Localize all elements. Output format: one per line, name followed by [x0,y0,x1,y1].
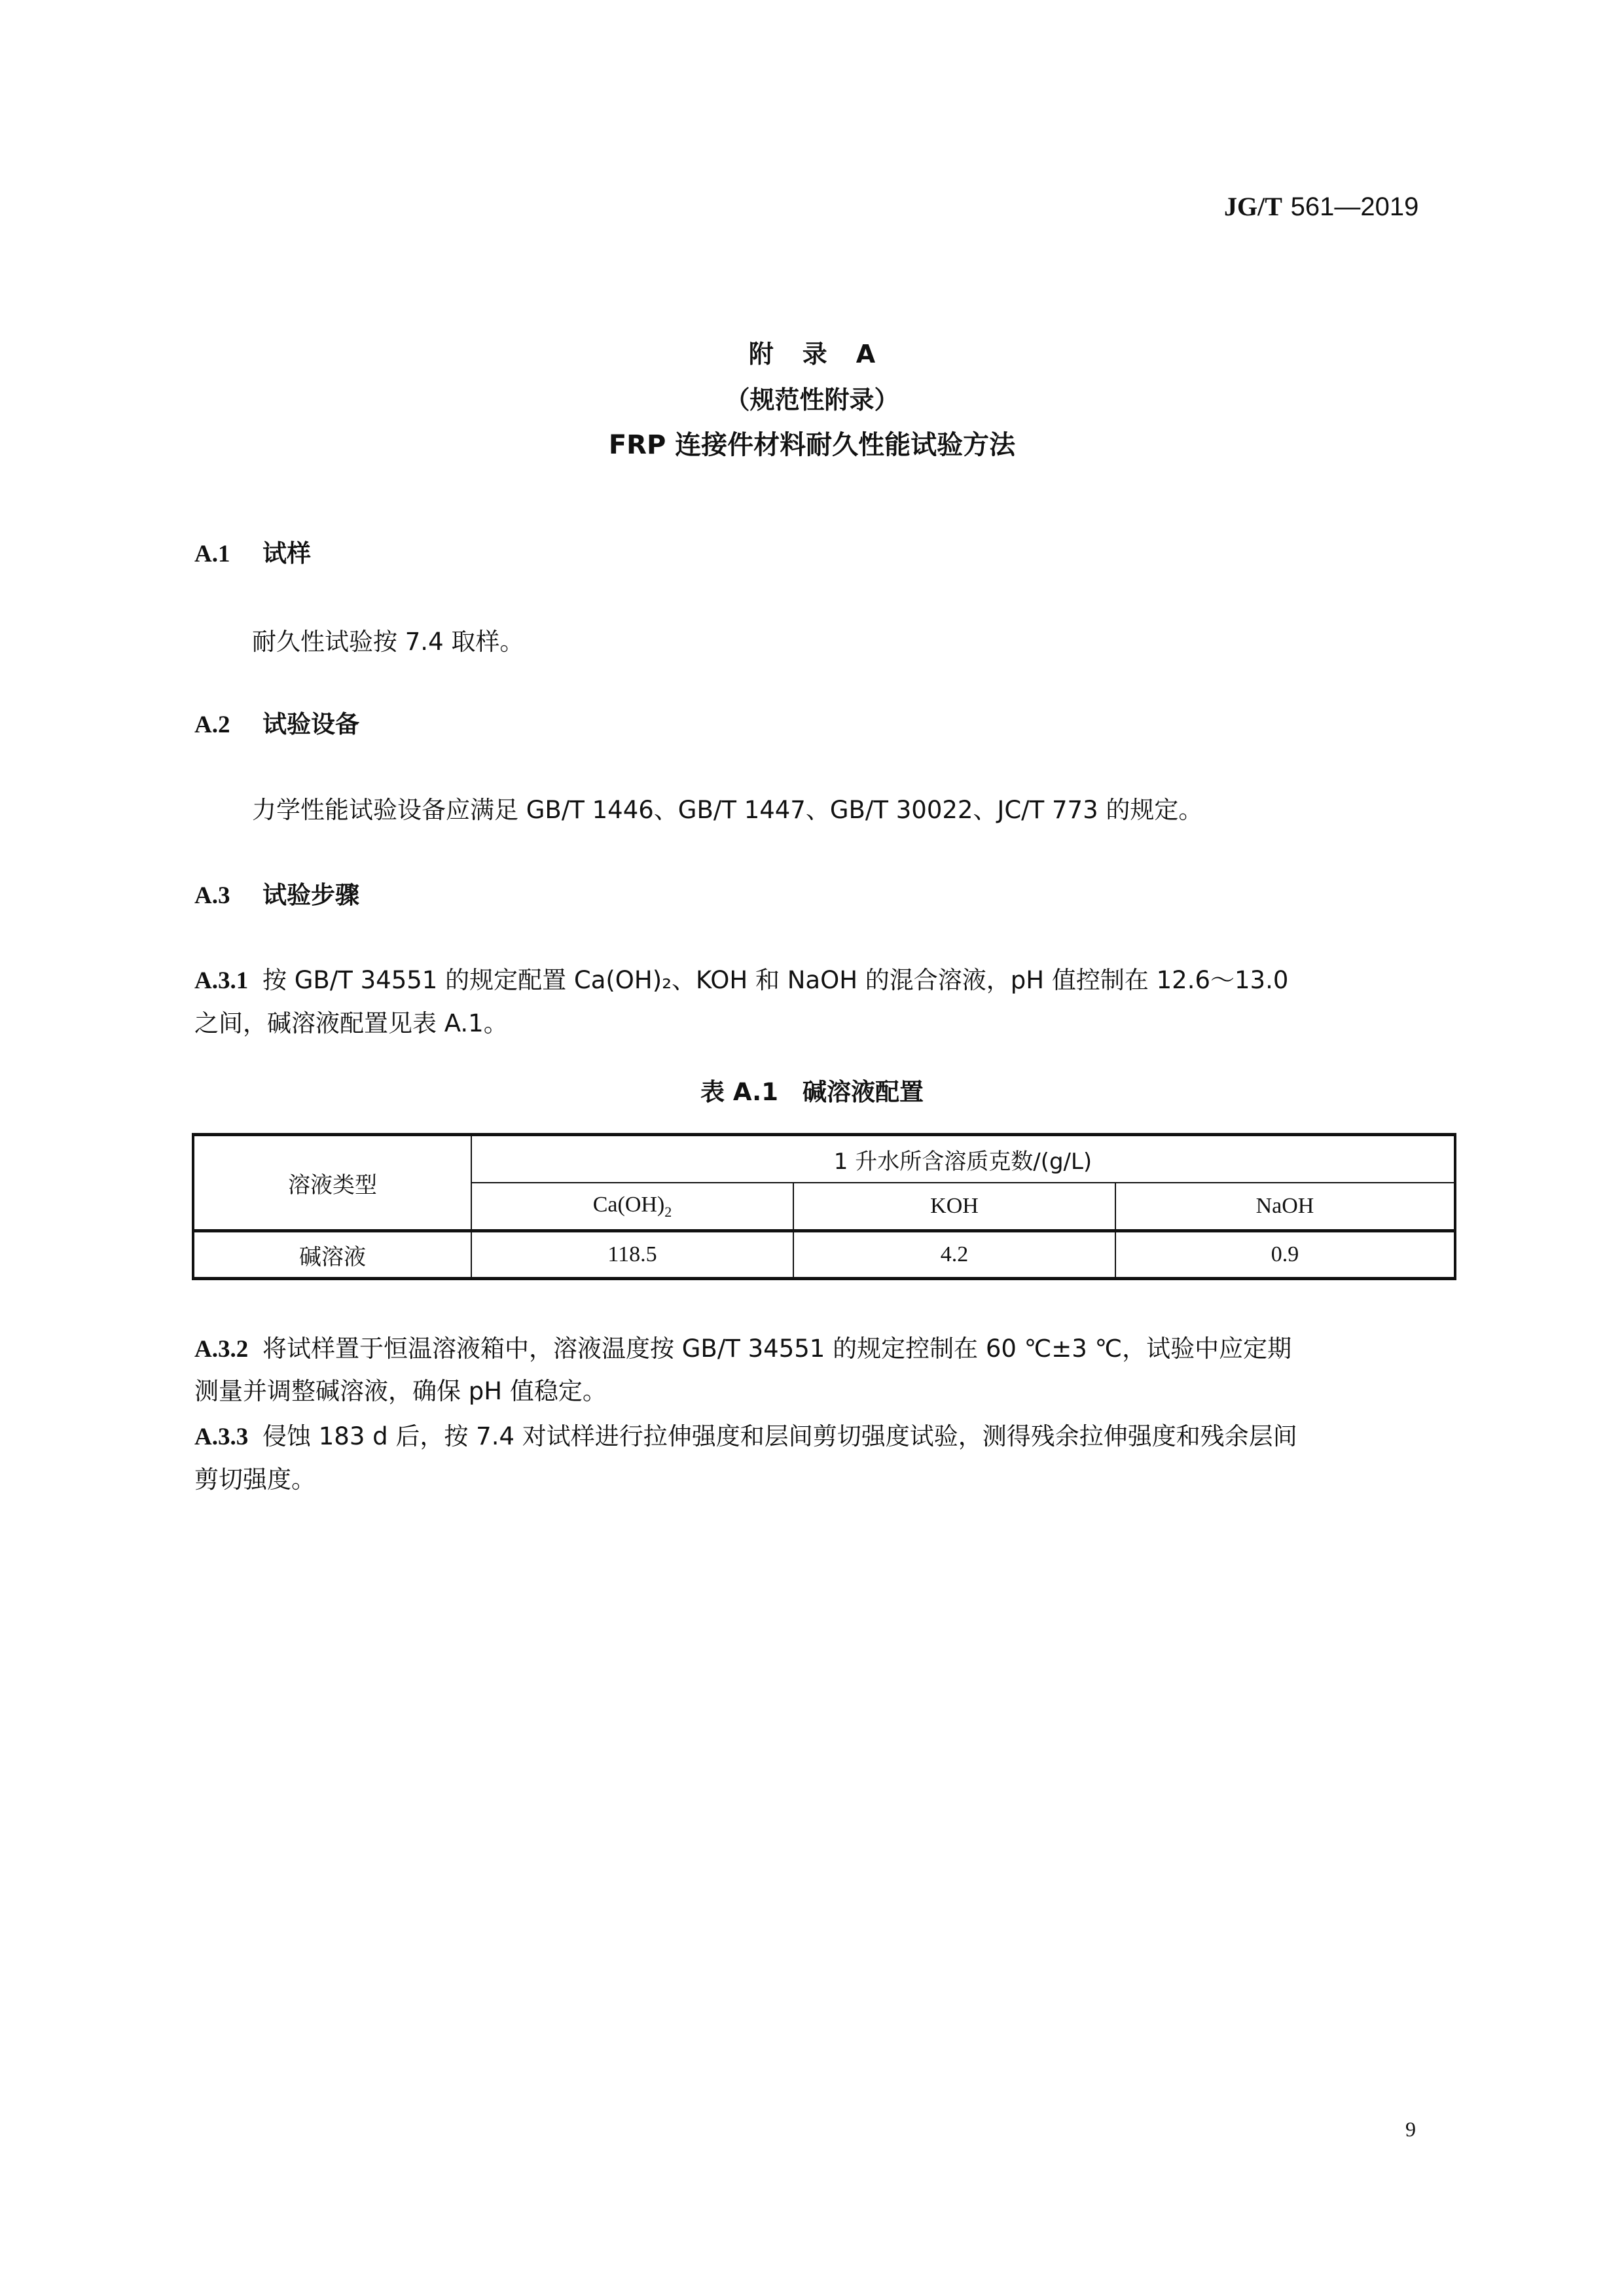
section-number: A.2 [194,711,262,739]
clause-text: 按 GB/T 34551 的规定配置 Ca(OH)₂、KOH 和 NaOH 的混… [262,966,1288,994]
header-solution-type: 溶液类型 [193,1135,471,1231]
section-body-a2: 力学性能试验设备应满足 GB/T 1446、GB/T 1447、GB/T 300… [252,790,1202,825]
section-body-a1: 耐久性试验按 7.4 取样。 [252,622,524,657]
section-heading-a2: A.2试验设备 [194,704,359,740]
section-heading-a3: A.3试验步骤 [194,875,359,910]
header-text: Ca(OH) [593,1193,665,1217]
section-number: A.1 [194,540,262,568]
section-heading-a1: A.1试样 [194,533,311,569]
clause-a33-line1: A.3.3侵蚀 183 d 后，按 7.4 对试样进行拉伸强度和层间剪切强度试验… [194,1416,1297,1452]
header-caoh2: Ca(OH)2 [471,1183,793,1231]
appendix-word: 附 [749,340,774,368]
section-title: 试验步骤 [262,881,359,909]
table-row: 碱溶液 118.5 4.2 0.9 [193,1231,1455,1279]
standard-prefix: JG/T [1224,192,1282,221]
clause-a33-line2: 剪切强度。 [194,1460,316,1495]
standard-year: 561—2019 [1291,192,1419,221]
subscript: 2 [664,1203,672,1219]
clause-a32-line1: A.3.2将试样置于恒温溶液箱中，溶液温度按 GB/T 34551 的规定控制在… [194,1329,1291,1364]
clause-number: A.3.3 [194,1423,262,1451]
clause-a31-line1: A.3.1按 GB/T 34551 的规定配置 Ca(OH)₂、KOH 和 Na… [194,960,1288,996]
clause-text: 将试样置于恒温溶液箱中，溶液温度按 GB/T 34551 的规定控制在 60 ℃… [262,1335,1291,1363]
clause-text: 侵蚀 183 d 后，按 7.4 对试样进行拉伸强度和层间剪切强度试验，测得残余… [262,1422,1297,1450]
section-title: 试验设备 [262,710,359,738]
header-solute-grams: 1 升水所含溶质克数/(g/L) [471,1135,1455,1183]
header-koh: KOH [793,1183,1115,1231]
appendix-heading: 附录A [0,334,1624,370]
clause-number: A.3.2 [194,1335,262,1363]
appendix-letter: A [856,340,875,368]
clause-number: A.3.1 [194,967,262,995]
clause-a31-line2: 之间，碱溶液配置见表 A.1。 [194,1003,508,1039]
section-title: 试样 [262,539,311,567]
standard-number: JG/T 561—2019 [1224,191,1418,222]
appendix-title: FRP 连接件材料耐久性能试验方法 [0,424,1624,461]
clause-a32-line2: 测量并调整碱溶液，确保 pH 值稳定。 [194,1371,607,1407]
alkali-solution-table: 溶液类型 1 升水所含溶质克数/(g/L) Ca(OH)2 KOH NaOH 碱… [192,1133,1456,1280]
cell-type: 碱溶液 [193,1231,471,1279]
section-number: A.3 [194,882,262,910]
page-number: 9 [1405,2117,1416,2142]
appendix-subtitle: （规范性附录） [0,380,1624,416]
header-naoh: NaOH [1115,1183,1455,1231]
appendix-word: 录 [803,340,827,368]
cell-naoh: 0.9 [1115,1231,1455,1279]
cell-caoh2: 118.5 [471,1231,793,1279]
table-caption: 表 A.1 碱溶液配置 [0,1072,1624,1107]
cell-koh: 4.2 [793,1231,1115,1279]
